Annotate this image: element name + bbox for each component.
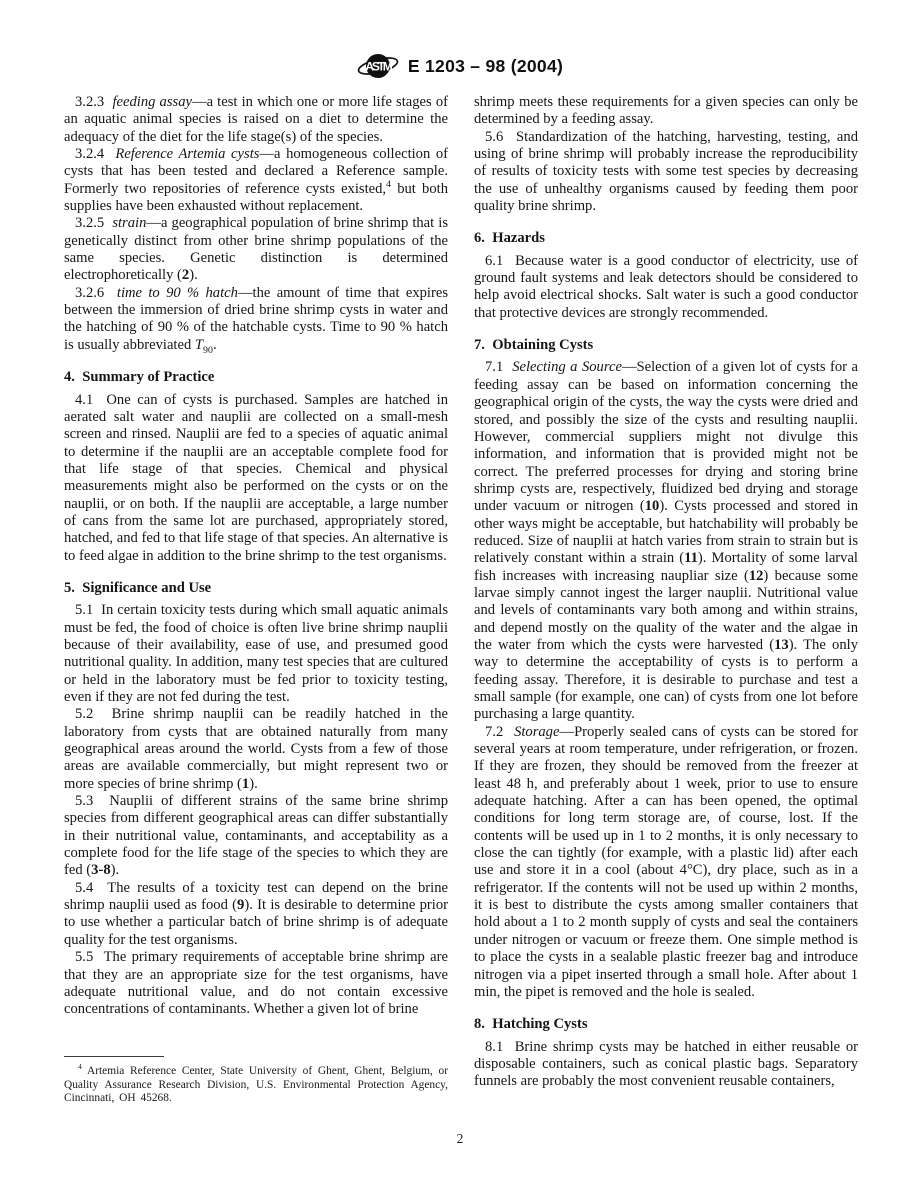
paragraph: 5.2 Brine shrimp nauplii can be readily … bbox=[64, 706, 448, 793]
paragraph: 4.1 One can of cysts is purchased. Sampl… bbox=[64, 392, 448, 565]
standard-designation: E 1203 – 98 (2004) bbox=[408, 56, 563, 77]
section-heading: 5. Significance and Use bbox=[64, 580, 448, 597]
paragraph: 5.6 Standardization of the hatching, har… bbox=[474, 129, 858, 216]
paragraph: 3.2.5 strain—a geographical population o… bbox=[64, 215, 448, 284]
paragraph: 3.2.6 time to 90 % hatch—the amount of t… bbox=[64, 285, 448, 354]
paragraph: 4 Artemia Reference Center, State Univer… bbox=[64, 1065, 448, 1106]
footnote: 4 Artemia Reference Center, State Univer… bbox=[64, 1056, 448, 1106]
paragraph: 5.1 In certain toxicity tests during whi… bbox=[64, 602, 448, 706]
right-column: shrimp meets these requirements for a gi… bbox=[474, 94, 858, 1091]
document-page: ASTM E 1203 – 98 (2004) 3.2.3 feeding as… bbox=[0, 0, 920, 1191]
page-header: ASTM E 1203 – 98 (2004) bbox=[0, 50, 920, 82]
footnote-text: 4 Artemia Reference Center, State Univer… bbox=[64, 1065, 448, 1106]
two-column-body: 3.2.3 feeding assay—a test in which one … bbox=[64, 94, 858, 1091]
paragraph: 5.3 Nauplii of different strains of the … bbox=[64, 793, 448, 880]
page-number: 2 bbox=[0, 1131, 920, 1147]
section-heading: 7. Obtaining Cysts bbox=[474, 337, 858, 354]
paragraph: 6.1 Because water is a good conductor of… bbox=[474, 253, 858, 322]
section-heading: 6. Hazards bbox=[474, 230, 858, 247]
paragraph: 8.1 Brine shrimp cysts may be hatched in… bbox=[474, 1039, 858, 1091]
astm-logo-icon: ASTM bbox=[357, 50, 399, 82]
footnote-divider bbox=[64, 1056, 164, 1057]
paragraph: 3.2.3 feeding assay—a test in which one … bbox=[64, 94, 448, 146]
paragraph: 3.2.4 Reference Artemia cysts—a homogene… bbox=[64, 146, 448, 215]
paragraph: 7.1 Selecting a Source—Selection of a gi… bbox=[474, 359, 858, 723]
paragraph: 5.4 The results of a toxicity test can d… bbox=[64, 880, 448, 949]
paragraph: 5.5 The primary requirements of acceptab… bbox=[64, 949, 448, 1018]
section-heading: 4. Summary of Practice bbox=[64, 369, 448, 386]
section-heading: 8. Hatching Cysts bbox=[474, 1016, 858, 1033]
paragraph: 7.2 Storage—Properly sealed cans of cyst… bbox=[474, 724, 858, 1002]
svg-text:ASTM: ASTM bbox=[365, 59, 392, 73]
paragraph: shrimp meets these requirements for a gi… bbox=[474, 94, 858, 129]
left-column: 3.2.3 feeding assay—a test in which one … bbox=[64, 94, 448, 1091]
